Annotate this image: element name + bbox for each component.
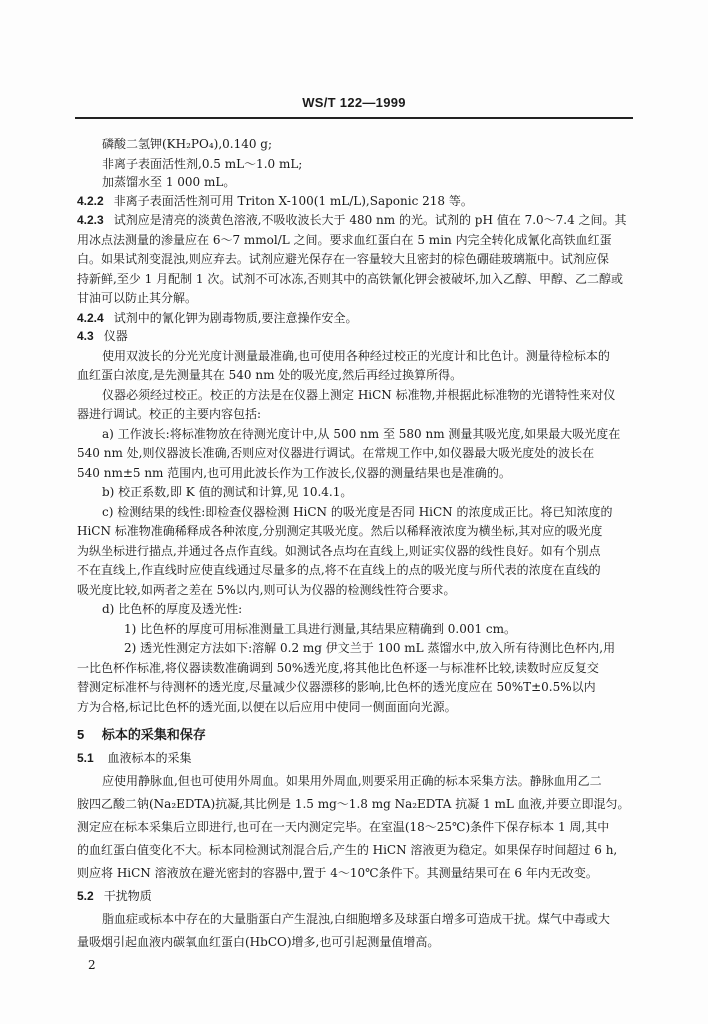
paragraph-line: 方为合格,标记比色杯的透光面,以便在以后应用中使同一侧面面向光源。 [77, 700, 457, 714]
subsection-title: 干扰物质 [104, 889, 152, 903]
paragraph-line: 加蒸馏水至 1 000 mL。 [102, 175, 235, 189]
subsection-5-1-heading: 5.1 血液标本的采集 [77, 751, 192, 765]
paragraph-line: 则应将 HiCN 溶液放在避光密封的容器中,置于 4～10℃条件下。其测量结果可… [77, 866, 598, 880]
clause-number: 4.3 [77, 329, 94, 343]
line-text: 血红蛋白浓度,是先测量其在 540 nm 处的吸光度,然后再经过换算所得。 [77, 368, 462, 382]
paragraph-line: 吸光度比较,如两者之差在 5%以内,则可认为仪器的检测线性符合要求。 [77, 583, 455, 597]
paragraph-line: HiCN 标准物准确稀释成各种浓度,分别测定其吸光度。然后以稀释液浓度为横坐标,… [77, 524, 602, 538]
section-title: 标本的采集和保存 [102, 727, 206, 742]
line-text: 使用双波长的分光光度计测量最准确,也可使用各种经过校正的光度计和比色计。测量待检… [102, 349, 610, 363]
paragraph-line: 的血红蛋白值变化不大。标本同检测试剂混合后,产生的 HiCN 溶液更为稳定。如果… [77, 843, 617, 857]
line-text: c) 检测结果的线性:即检查仪器检测 HiCN 的吸光度是否同 HiCN 的浓度… [102, 505, 613, 519]
line-text: 一比色杯作标准,将仪器读数准确调到 50%透光度,将其他比色杯逐一与标准杯比较,… [77, 661, 599, 675]
line-text: 器进行调试。校正的主要内容包括: [77, 407, 261, 421]
paragraph-line: 替测定标准杯与待测杯的透光度,尽量减少仪器漂移的影响,比色杯的透光度应在 50%… [77, 680, 596, 694]
line-text: 1) 比色杯的厚度可用标准测量工具进行测量,其结果应精确到 0.001 cm。 [124, 622, 516, 636]
paragraph-line: 用冰点法测量的渗量应在 6～7 mmol/L 之间。要求血红蛋白在 5 min … [77, 233, 612, 247]
line-text: 方为合格,标记比色杯的透光面,以便在以后应用中使同一侧面面向光源。 [77, 700, 457, 714]
subsection-number: 5.2 [77, 889, 94, 903]
paragraph-line: 540 nm±5 nm 范围内,也可用此波长作为工作波长,仪器的测量结果也是准确… [77, 466, 511, 480]
clause-number: 4.2.2 [77, 194, 104, 208]
paragraph-line: 一比色杯作标准,将仪器读数准确调到 50%透光度,将其他比色杯逐一与标准杯比较,… [77, 661, 599, 675]
paragraph-line: 非离子表面活性剂,0.5 mL～1.0 mL; [102, 157, 302, 171]
paragraph-line: b) 校正系数,即 K 值的测试和计算,见 10.4.1。 [102, 485, 352, 499]
paragraph-line: 为纵坐标进行描点,并通过各点作直线。如测试各点均在直线上,则证实仪器的线性良好。… [77, 544, 601, 558]
paragraph-line: 磷酸二氢钾(KH₂PO₄),0.140 g; [102, 137, 272, 151]
line-text: 用冰点法测量的渗量应在 6～7 mmol/L 之间。要求血红蛋白在 5 min … [77, 233, 612, 247]
paragraph-line: 血红蛋白浓度,是先测量其在 540 nm 处的吸光度,然后再经过换算所得。 [77, 368, 462, 382]
paragraph-line: 白。如果试剂变混浊,则应弃去。试剂应避光保存在一容量较大且密封的棕色硼硅玻璃瓶中… [77, 252, 609, 266]
line-text: 加蒸馏水至 1 000 mL。 [102, 175, 235, 189]
line-text: 非离子表面活性剂可用 Triton X-100(1 mL/L),Saponic … [114, 194, 473, 208]
clause-number: 4.2.3 [77, 213, 104, 227]
paragraph-line: 量吸烟引起血液内碳氧血红蛋白(HbCO)增多,也可引起测量值增高。 [77, 935, 439, 949]
paragraph-line: 2) 透光性测定方法如下:溶解 0.2 mg 伊文兰于 100 mL 蒸馏水中,… [124, 641, 615, 655]
line-text: 非离子表面活性剂,0.5 mL～1.0 mL; [102, 157, 302, 171]
subsection-5-2-heading: 5.2干扰物质 [77, 889, 152, 903]
line-text: 磷酸二氢钾(KH₂PO₄),0.140 g; [102, 137, 272, 151]
page-number: 2 [88, 958, 96, 972]
line-text: d) 比色杯的厚度及透光性: [102, 602, 242, 616]
line-text: 试剂应是清亮的淡黄色溶液,不吸收波长大于 480 nm 的光。试剂的 pH 值在… [114, 213, 627, 227]
line-text: 甘油可以防止其分解。 [77, 291, 197, 305]
line-text: 白。如果试剂变混浊,则应弃去。试剂应避光保存在一容量较大且密封的棕色硼硅玻璃瓶中… [77, 252, 609, 266]
paragraph-line: 使用双波长的分光光度计测量最准确,也可使用各种经过校正的光度计和比色计。测量待检… [102, 349, 610, 363]
line-text: 仪器 [104, 329, 128, 343]
clause-line: 4.2.3试剂应是清亮的淡黄色溶液,不吸收波长大于 480 nm 的光。试剂的 … [77, 213, 627, 227]
line-text: 540 nm±5 nm 范围内,也可用此波长作为工作波长,仪器的测量结果也是准确… [77, 466, 511, 480]
paragraph-line: 应使用静脉血,但也可使用外周血。如果用外周血,则要采用正确的标本采集方法。静脉血… [102, 774, 602, 788]
paragraph-line: 甘油可以防止其分解。 [77, 291, 197, 305]
line-text: 持新鲜,至少 1 月配制 1 次。试剂不可冰冻,否则其中的高铁氰化钾会被破坏,加… [77, 272, 623, 286]
paragraph-line: c) 检测结果的线性:即检查仪器检测 HiCN 的吸光度是否同 HiCN 的浓度… [102, 505, 613, 519]
line-text: HiCN 标准物准确稀释成各种浓度,分别测定其吸光度。然后以稀释液浓度为横坐标,… [77, 524, 602, 538]
section-number: 5 [77, 727, 84, 742]
paragraph-line: 仪器必须经过校正。校正的方法是在仪器上测定 HiCN 标准物,并根据此标准物的光… [102, 388, 615, 402]
clause-line: 4.2.4试剂中的氰化钾为剧毒物质,要注意操作安全。 [77, 311, 358, 325]
paragraph-line: 1) 比色杯的厚度可用标准测量工具进行测量,其结果应精确到 0.001 cm。 [124, 622, 516, 636]
clause-number: 4.2.4 [77, 311, 104, 325]
doc-code-header: WS/T 122—1999 [0, 95, 708, 110]
clause-line: 4.2.2非离子表面活性剂可用 Triton X-100(1 mL/L),Sap… [77, 194, 473, 208]
subsection-title: 血液标本的采集 [108, 751, 192, 765]
header-rule [75, 117, 633, 119]
paragraph-line: 脂血症或标本中存在的大量脂蛋白产生混浊,白细胞增多及球蛋白增多可造成干扰。煤气中… [102, 912, 610, 926]
line-text: 替测定标准杯与待测杯的透光度,尽量减少仪器漂移的影响,比色杯的透光度应在 50%… [77, 680, 596, 694]
paragraph-line: 测定应在标本采集后立即进行,也可在一天内测定完毕。在室温(18～25℃)条件下保… [77, 820, 609, 834]
paragraph-line: d) 比色杯的厚度及透光性: [102, 602, 242, 616]
line-text: 为纵坐标进行描点,并通过各点作直线。如测试各点均在直线上,则证实仪器的线性良好。… [77, 544, 601, 558]
clause-line: 4.3仪器 [77, 329, 128, 343]
subsection-number: 5.1 [77, 751, 94, 765]
paragraph-line: 540 nm 处,则仪器波长准确,否则应对仪器进行调试。在常规工作中,如仪器最大… [77, 446, 594, 460]
line-text: 吸光度比较,如两者之差在 5%以内,则可认为仪器的检测线性符合要求。 [77, 583, 455, 597]
paragraph-line: 持新鲜,至少 1 月配制 1 次。试剂不可冰冻,否则其中的高铁氰化钾会被破坏,加… [77, 272, 623, 286]
section-5-heading: 5 标本的采集和保存 [77, 728, 206, 742]
paragraph-line: 胺四乙酸二钠(Na₂EDTA)抗凝,其比例是 1.5 mg～1.8 mg Na₂… [77, 797, 630, 811]
paragraph-line: 不在直线上,作直线时应使直线通过尽量多的点,将不在直线上的点的吸光度与所代表的浓… [77, 563, 601, 577]
document-page: WS/T 122—1999 磷酸二氢钾(KH₂PO₄),0.140 g;非离子表… [0, 0, 708, 1024]
line-text: 仪器必须经过校正。校正的方法是在仪器上测定 HiCN 标准物,并根据此标准物的光… [102, 388, 615, 402]
line-text: 不在直线上,作直线时应使直线通过尽量多的点,将不在直线上的点的吸光度与所代表的浓… [77, 563, 601, 577]
paragraph-line: a) 工作波长:将标准物放在待测光度计中,从 500 nm 至 580 nm 测… [102, 427, 620, 441]
line-text: 试剂中的氰化钾为剧毒物质,要注意操作安全。 [114, 311, 358, 325]
line-text: a) 工作波长:将标准物放在待测光度计中,从 500 nm 至 580 nm 测… [102, 427, 620, 441]
paragraph-line: 器进行调试。校正的主要内容包括: [77, 407, 261, 421]
line-text: 2) 透光性测定方法如下:溶解 0.2 mg 伊文兰于 100 mL 蒸馏水中,… [124, 641, 615, 655]
line-text: 540 nm 处,则仪器波长准确,否则应对仪器进行调试。在常规工作中,如仪器最大… [77, 446, 594, 460]
line-text: b) 校正系数,即 K 值的测试和计算,见 10.4.1。 [102, 485, 352, 499]
